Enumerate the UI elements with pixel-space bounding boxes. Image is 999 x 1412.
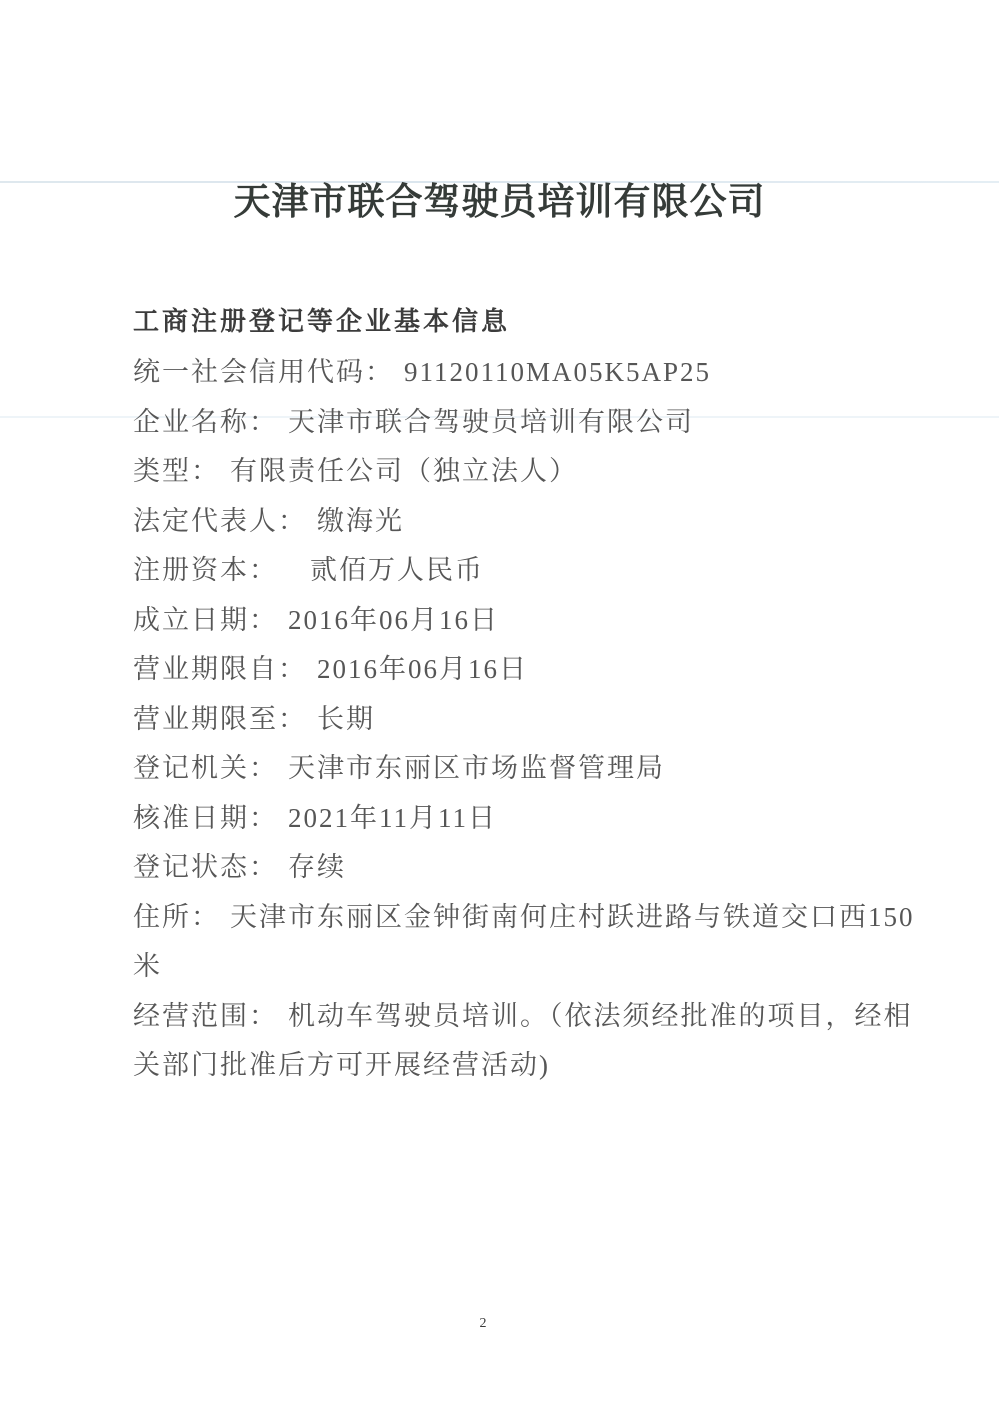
- field-value: 天津市东丽区金钟街南何庄村跃进路与铁道交口西150: [230, 902, 915, 932]
- field-value: 机动车驾驶员培训。（依法须经批准的项目，经相: [288, 1001, 913, 1031]
- field-row-registration-authority: 登记机关：天津市东丽区市场监督管理局: [133, 744, 878, 794]
- field-value: 91120110MA05K5AP25: [404, 357, 711, 387]
- field-label: 营业期限自：: [133, 654, 307, 684]
- field-label: 成立日期：: [133, 605, 278, 635]
- field-row-registered-capital: 注册资本：贰佰万人民币: [133, 546, 878, 596]
- field-value: 2016年06月16日: [288, 605, 499, 635]
- field-row-business-scope: 经营范围：机动车驾驶员培训。（依法须经批准的项目，经相: [133, 992, 878, 1042]
- field-row-business-scope-continuation: 关部门批准后方可开展经营活动): [133, 1041, 878, 1091]
- field-label: 企业名称：: [133, 407, 278, 437]
- field-value: 2021年11月11日: [288, 803, 497, 833]
- field-label: 登记状态：: [133, 852, 278, 882]
- field-row-approval-date: 核准日期：2021年11月11日: [133, 794, 878, 844]
- field-label: 核准日期：: [133, 803, 278, 833]
- field-label: 登记机关：: [133, 753, 278, 783]
- field-row-usci: 统一社会信用代码：91120110MA05K5AP25: [133, 348, 878, 398]
- field-value: 天津市联合驾驶员培训有限公司: [288, 407, 694, 437]
- field-row-term-to: 营业期限至：长期: [133, 695, 878, 745]
- field-row-address: 住所：天津市东丽区金钟街南何庄村跃进路与铁道交口西150: [133, 893, 878, 943]
- page-title: 天津市联合驾驶员培训有限公司: [0, 180, 999, 226]
- field-label: 注册资本：: [133, 555, 278, 585]
- field-label: 营业期限至：: [133, 704, 307, 734]
- field-label: 法定代表人：: [133, 506, 307, 536]
- field-value: 缴海光: [317, 506, 404, 536]
- document-page: 天津市联合驾驶员培训有限公司 工商注册登记等企业基本信息 统一社会信用代码：91…: [0, 0, 999, 1412]
- field-label: 经营范围：: [133, 1001, 278, 1031]
- field-value: 2016年06月16日: [317, 654, 528, 684]
- field-value: 关部门批准后方可开展经营活动): [133, 1050, 550, 1080]
- field-value: 长期: [317, 704, 375, 734]
- field-row-establishment-date: 成立日期：2016年06月16日: [133, 596, 878, 646]
- section-heading: 工商注册登记等企业基本信息: [133, 304, 510, 338]
- field-value: 有限责任公司（独立法人）: [230, 456, 578, 486]
- field-row-registration-status: 登记状态：存续: [133, 843, 878, 893]
- page-number: 2: [0, 1316, 966, 1332]
- field-label: 住所：: [133, 902, 220, 932]
- field-row-company-name: 企业名称：天津市联合驾驶员培训有限公司: [133, 398, 878, 448]
- field-label: 类型：: [133, 456, 220, 486]
- registration-info-list: 统一社会信用代码：91120110MA05K5AP25 企业名称：天津市联合驾驶…: [133, 348, 878, 1091]
- field-row-legal-representative: 法定代表人：缴海光: [133, 497, 878, 547]
- field-label: 统一社会信用代码：: [133, 357, 394, 387]
- field-value: 天津市东丽区市场监督管理局: [288, 753, 665, 783]
- field-value: 存续: [288, 852, 346, 882]
- field-row-company-type: 类型：有限责任公司（独立法人）: [133, 447, 878, 497]
- field-row-address-continuation: 米: [133, 942, 878, 992]
- field-row-term-from: 营业期限自：2016年06月16日: [133, 645, 878, 695]
- field-value: 米: [133, 951, 162, 981]
- field-value: 贰佰万人民币: [310, 555, 484, 585]
